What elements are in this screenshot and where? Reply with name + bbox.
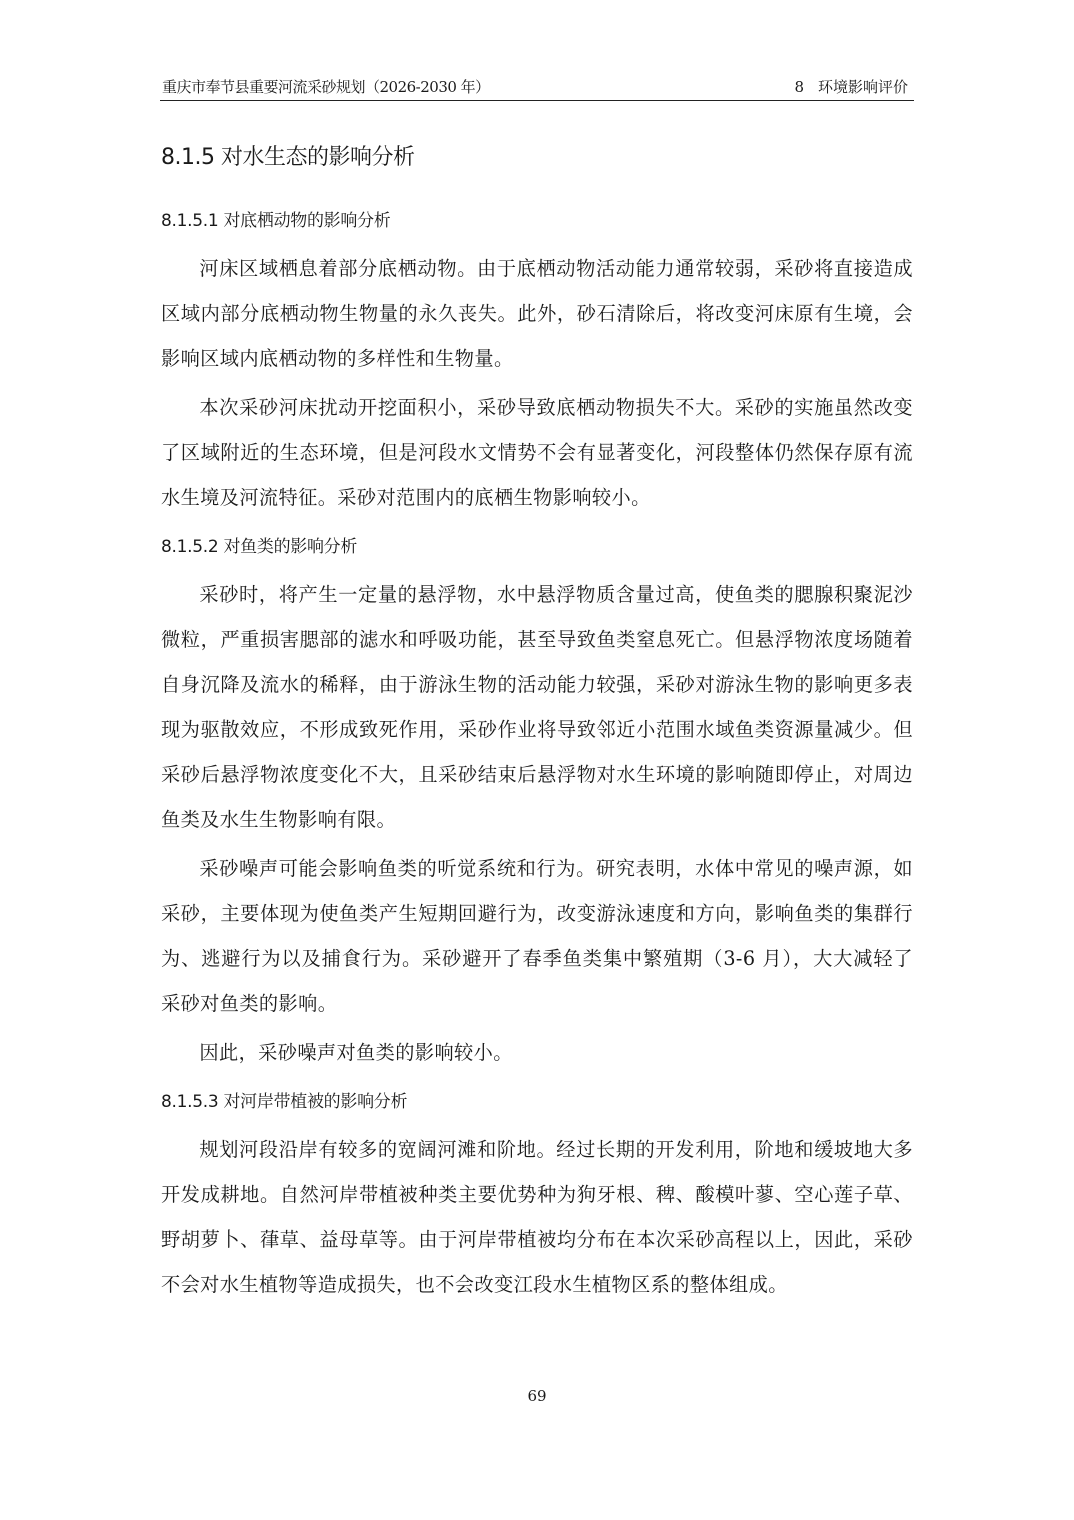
paragraph: 本次采砂河床扰动开挖面积小，采砂导致底栖动物损失不大。采砂的实施虽然改变了区域附… — [161, 385, 913, 520]
page-number: 69 — [0, 1386, 1074, 1406]
paragraph: 河床区域栖息着部分底栖动物。由于底栖动物活动能力通常较弱，采砂将直接造成区域内部… — [161, 246, 913, 381]
page-body: 8.1.5 对水生态的影响分析 8.1.5.1 对底栖动物的影响分析 河床区域栖… — [161, 140, 913, 1307]
running-header: 重庆市奉节县重要河流采砂规划（2026-2030 年） 8环境影响评价 — [160, 76, 914, 101]
subsection-title-fish: 8.1.5.2 对鱼类的影响分析 — [161, 534, 913, 560]
subsection-title-benthos: 8.1.5.1 对底栖动物的影响分析 — [161, 208, 913, 234]
header-chapter: 8环境影响评价 — [794, 76, 908, 98]
paragraph: 采砂时，将产生一定量的悬浮物，水中悬浮物质含量过高，使鱼类的腮腺积聚泥沙微粒，严… — [161, 572, 913, 842]
subsection-title-riparian: 8.1.5.3 对河岸带植被的影响分析 — [161, 1089, 913, 1115]
document-page: 重庆市奉节县重要河流采砂规划（2026-2030 年） 8环境影响评价 8.1.… — [0, 0, 1074, 1520]
paragraph: 采砂噪声可能会影响鱼类的听觉系统和行为。研究表明，水体中常见的噪声源，如采砂，主… — [161, 846, 913, 1026]
paragraph: 因此，采砂噪声对鱼类的影响较小。 — [161, 1030, 913, 1075]
paragraph: 规划河段沿岸有较多的宽阔河滩和阶地。经过长期的开发利用，阶地和缓坡地大多开发成耕… — [161, 1127, 913, 1307]
header-chapter-title: 环境影响评价 — [818, 78, 908, 96]
header-chapter-number: 8 — [794, 78, 804, 96]
section-title: 8.1.5 对水生态的影响分析 — [161, 140, 913, 176]
header-document-title: 重庆市奉节县重要河流采砂规划（2026-2030 年） — [162, 76, 490, 98]
